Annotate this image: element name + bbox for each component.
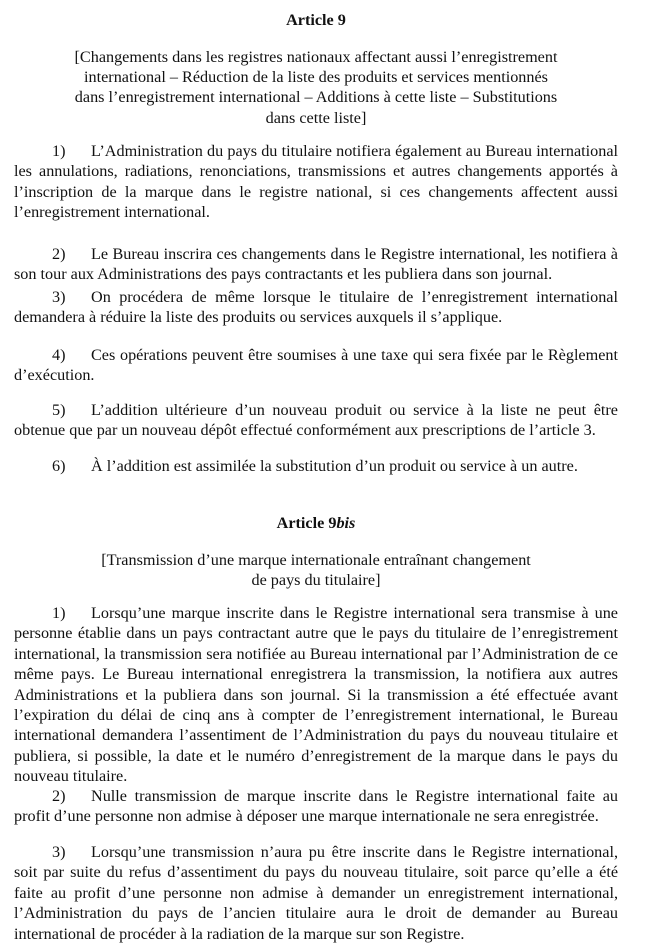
- paragraph-text: Lorsqu’une transmission n’aura pu être i…: [14, 843, 618, 943]
- paragraph: 1)Lorsqu’une marque inscrite dans le Reg…: [14, 603, 618, 787]
- paragraph: 1)L’Administration du pays du titulaire …: [14, 141, 618, 223]
- subtitle-line: [Transmission d’une marque international…: [14, 550, 618, 570]
- article-title: Article 9bis: [14, 513, 618, 533]
- article-subtitle: [Transmission d’une marque international…: [14, 550, 618, 590]
- article-subtitle: [Changements dans les registres nationau…: [14, 47, 618, 128]
- paragraph-number: 1): [14, 603, 91, 623]
- paragraph-number: 5): [14, 400, 91, 420]
- paragraph-text: Le Bureau inscrira ces changements dans …: [14, 245, 618, 283]
- subtitle-line: dans l’enregistrement international – Ad…: [14, 87, 618, 107]
- paragraph-text: L’addition ultérieure d’un nouveau produ…: [14, 401, 618, 439]
- paragraph: 5)L’addition ultérieure d’un nouveau pro…: [14, 400, 618, 441]
- paragraph: 3)On procédera de même lorsque le titula…: [14, 287, 618, 328]
- paragraph-text: Ces opérations peuvent être soumises à u…: [14, 346, 618, 384]
- paragraph: 3)Lorsqu’une transmission n’aura pu être…: [14, 842, 618, 944]
- paragraph-number: 2): [14, 244, 91, 264]
- article-title-suffix: bis: [336, 514, 355, 532]
- article-title-text: Article 9: [286, 11, 346, 29]
- paragraph: 2)Le Bureau inscrira ces changements dan…: [14, 244, 618, 285]
- paragraph-number: 4): [14, 345, 91, 365]
- paragraph: 6)À l’addition est assimilée la substitu…: [14, 456, 618, 476]
- subtitle-line: international – Réduction de la liste de…: [14, 67, 618, 87]
- paragraph-text: Lorsqu’une marque inscrite dans le Regis…: [14, 604, 618, 785]
- paragraph-text: On procédera de même lorsque le titulair…: [14, 288, 618, 326]
- subtitle-line: dans cette liste]: [14, 108, 618, 128]
- paragraph-number: 3): [14, 842, 91, 862]
- paragraph-text: À l’addition est assimilée la substituti…: [91, 457, 578, 475]
- article-title: Article 9: [14, 10, 618, 30]
- subtitle-line: de pays du titulaire]: [14, 570, 618, 590]
- article-title-text: Article 9: [277, 514, 337, 532]
- paragraph-text: Nulle transmission de marque inscrite da…: [14, 787, 618, 825]
- paragraph: 4)Ces opérations peuvent être soumises à…: [14, 345, 618, 386]
- subtitle-line: [Changements dans les registres nationau…: [14, 47, 618, 67]
- paragraph-number: 2): [14, 786, 91, 806]
- paragraph: 2)Nulle transmission de marque inscrite …: [14, 786, 618, 827]
- paragraph-number: 6): [14, 456, 91, 476]
- paragraph-text: L’Administration du pays du titulaire no…: [14, 142, 618, 221]
- paragraph-number: 3): [14, 287, 91, 307]
- paragraph-number: 1): [14, 141, 91, 161]
